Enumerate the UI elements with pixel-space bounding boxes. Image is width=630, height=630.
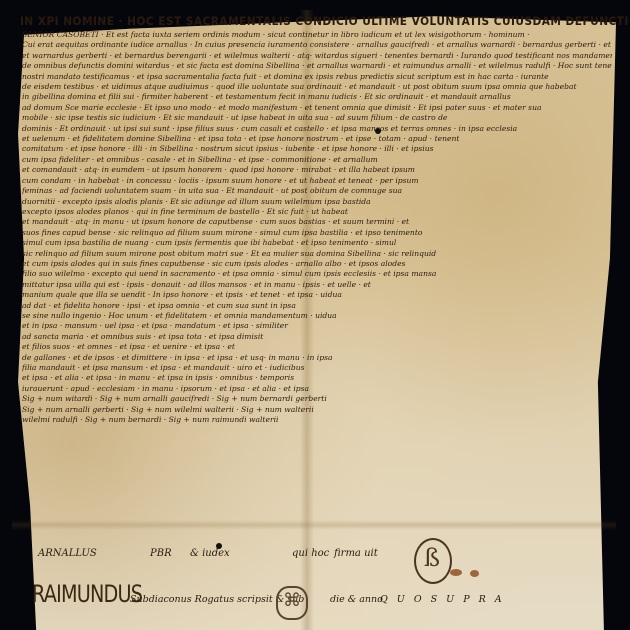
charter-text-line: nostri mandato testificamus · et ipsa sa…	[22, 72, 612, 82]
charter-text-line: excepto ipsos alodes planos · qui in fin…	[22, 207, 612, 217]
charter-text-line: de omnibus defunctis domini witardus · e…	[22, 61, 612, 71]
subscription-title: PBR	[150, 548, 172, 559]
charter-text-line: et in ipsa · mansum · uel ipsa · et ipsa…	[22, 321, 612, 331]
charter-text-line: mobile · sic ipse testis sic iudicium · …	[22, 113, 612, 123]
charter-text-line: in gibellina domina et filii sui · firmi…	[22, 92, 612, 102]
charter-text-line: simul cum ipsa bastilia de nuang · cum i…	[22, 238, 612, 248]
charter-text-line: manium quale que illa se uendit · In ips…	[22, 290, 612, 300]
charter-text-line: sic relinquo ad filium suum mirone post …	[22, 249, 612, 259]
monogram-signum-icon	[414, 538, 452, 584]
charter-text-line: de gallanes · et de ipsos · et dimittere…	[22, 353, 612, 363]
closing-text-a: die & anno	[330, 594, 383, 605]
stain-mark	[470, 570, 479, 577]
charter-text-line: Cui erat aequitas ordinante iudice arnal…	[22, 40, 612, 50]
charter-text-line: et ipsa · et alia · et ipsa · in manu · …	[22, 373, 612, 383]
subscription-text-a: qui hoc	[292, 548, 329, 559]
charter-text-line: comitatum · et ipse honore · illi · in S…	[22, 144, 612, 154]
charter-text-line: iurauerunt · apud · ecclesiam · in manu …	[22, 384, 612, 394]
parchment-hole	[216, 543, 222, 549]
charter-body: SENIOR CASOBETI · Et est facta iuxta ser…	[22, 30, 612, 508]
charter-text-line: de eisdem testibus · et uidimus atque au…	[22, 82, 612, 92]
charter-text-line: et warnardus gerberti · et bernardus ber…	[22, 51, 612, 61]
charter-text-line: Sig + num arnalli gerberti · Sig + num w…	[22, 405, 612, 415]
charter-text-line: ad sancta maria · et omnibus suis · et i…	[22, 332, 612, 342]
charter-heading: IN XPI NOMINE · HOC EST SACRAMENTALIS CO…	[20, 14, 572, 28]
stain-mark	[450, 569, 462, 576]
charter-text-line: et comandauit · atq· in eumdem · ut ipsu…	[22, 165, 612, 175]
subscription-role: & iudex	[190, 548, 230, 559]
charter-text-line: dominis · Et ordinauit · ut ipsi sui sun…	[22, 124, 612, 134]
subscription-name-arnallus: ARNALLUS	[38, 548, 97, 559]
scribe-name-raimundus: RAIMUNDUS	[32, 580, 142, 608]
closing-text-b: Q U O S U P R A	[380, 594, 505, 605]
charter-text-line: et cum ipsis alodes qui in suis fines ca…	[22, 259, 612, 269]
charter-text-line: feminas · ad faciendi uoluntatem suam · …	[22, 186, 612, 196]
charter-text-line: mittatur ipsa uilla qui est · ipsis · do…	[22, 280, 612, 290]
parchment-hole	[375, 128, 381, 134]
charter-text-line: cum condam · in habebat · in concessu · …	[22, 176, 612, 186]
charter-text-line: et filios suos · et omnes · et ipsa · et…	[22, 342, 612, 352]
charter-text-line: et uelenum · et fidelitatem domine Sibel…	[22, 134, 612, 144]
scribe-signum-icon	[276, 586, 308, 620]
subscription-text-b: firma uit	[334, 548, 378, 559]
horizontal-fold-crease	[12, 520, 616, 530]
charter-text-line: filio suo wilelmo · excepto qui uend in …	[22, 269, 612, 279]
charter-text-line: duornitii · excepto ipsis alodis planis …	[22, 197, 612, 207]
charter-text-line: et mandauit · atq· in manu · ut ipsum ho…	[22, 217, 612, 227]
charter-text-line: suos fines capud bense · sic relinquo ad…	[22, 228, 612, 238]
charter-text-line: ad domum Sce marie ecclesie · Et ipso un…	[22, 103, 612, 113]
charter-text-line: cum ipsa fideliter · et omnibus · casale…	[22, 155, 612, 165]
charter-text-line: Sig + num witardi · Sig + num arnalli ga…	[22, 394, 612, 404]
charter-text-line: se sine nullo ingenio · Hoc unum · et fi…	[22, 311, 612, 321]
charter-text-line: SENIOR CASOBETI · Et est facta iuxta ser…	[22, 30, 612, 40]
charter-text-line: wilelmi radulfi · Sig + num bernardi · S…	[22, 415, 612, 425]
charter-text-line: ad dat · et fidelita honore · ipsi · et …	[22, 301, 612, 311]
charter-text-line: filia mandauit · et ipsa mansum · et ips…	[22, 363, 612, 373]
